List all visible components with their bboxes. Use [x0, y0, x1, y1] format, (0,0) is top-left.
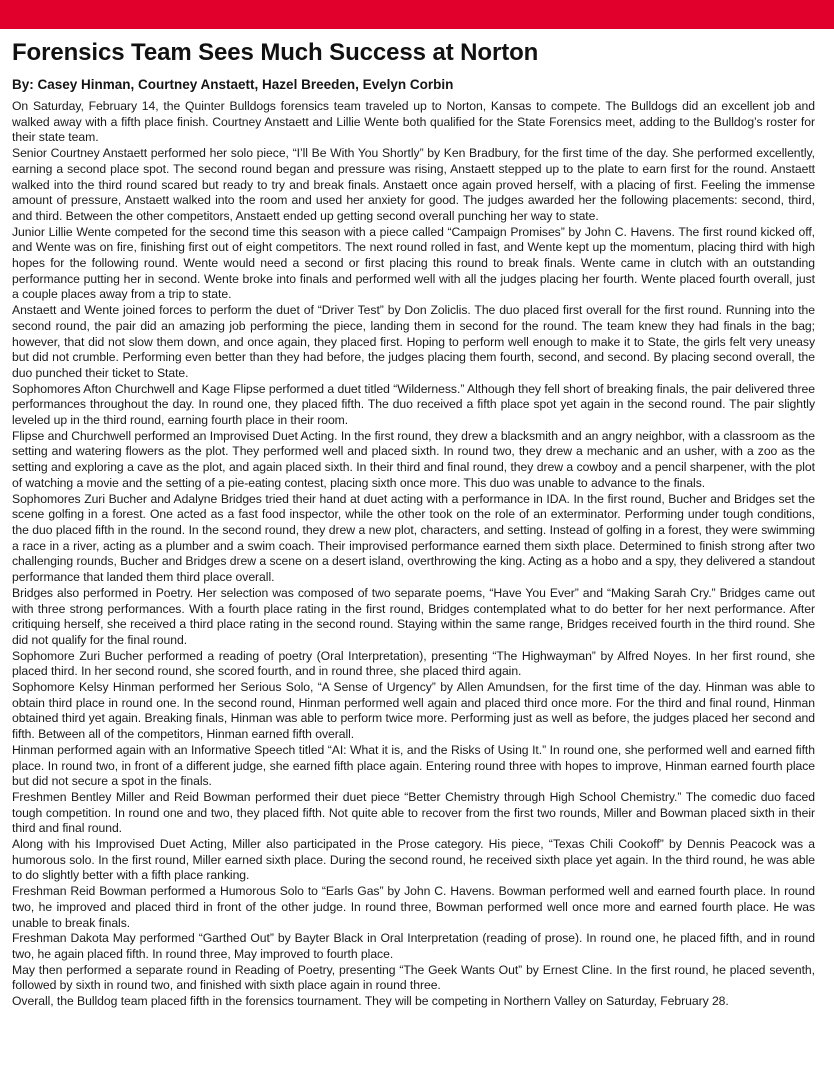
paragraph-hinman-informative: Hinman performed again with an Informati… [12, 743, 815, 790]
paragraph-bucher-poetry: Sophomore Zuri Bucher performed a readin… [12, 649, 815, 680]
article-title: Forensics Team Sees Much Success at Nort… [12, 38, 815, 68]
article: Forensics Team Sees Much Success at Nort… [12, 29, 815, 1010]
paragraph-bucher-bridges-ida: Sophomores Zuri Bucher and Adalyne Bridg… [12, 492, 815, 586]
paragraph-wente-solo: Junior Lillie Wente competed for the sec… [12, 225, 815, 304]
paragraph-conclusion: Overall, the Bulldog team placed fifth i… [12, 994, 815, 1010]
paragraph-miller-prose: Along with his Improvised Duet Acting, M… [12, 837, 815, 884]
paragraph-anstaett-solo: Senior Courtney Anstaett performed her s… [12, 146, 815, 225]
paragraph-intro: On Saturday, February 14, the Quinter Bu… [12, 99, 815, 146]
paragraph-hinman-serious-solo: Sophomore Kelsy Hinman performed her Ser… [12, 680, 815, 743]
header-accent-bar [0, 0, 834, 29]
paragraph-miller-bowman-duet: Freshmen Bentley Miller and Reid Bowman … [12, 790, 815, 837]
paragraph-may-poetry: May then performed a separate round in R… [12, 963, 815, 994]
paragraph-anstaett-wente-duet: Anstaett and Wente joined forces to perf… [12, 303, 815, 382]
article-body: On Saturday, February 14, the Quinter Bu… [12, 99, 815, 1010]
article-byline: By: Casey Hinman, Courtney Anstaett, Haz… [12, 76, 815, 94]
paragraph-flipse-churchwell-ida: Flipse and Churchwell performed an Impro… [12, 429, 815, 492]
paragraph-bridges-poetry: Bridges also performed in Poetry. Her se… [12, 586, 815, 649]
paragraph-may-oral-interp: Freshman Dakota May performed “Garthed O… [12, 931, 815, 962]
paragraph-bowman-humorous-solo: Freshman Reid Bowman performed a Humorou… [12, 884, 815, 931]
paragraph-churchwell-flipse-duet: Sophomores Afton Churchwell and Kage Fli… [12, 382, 815, 429]
